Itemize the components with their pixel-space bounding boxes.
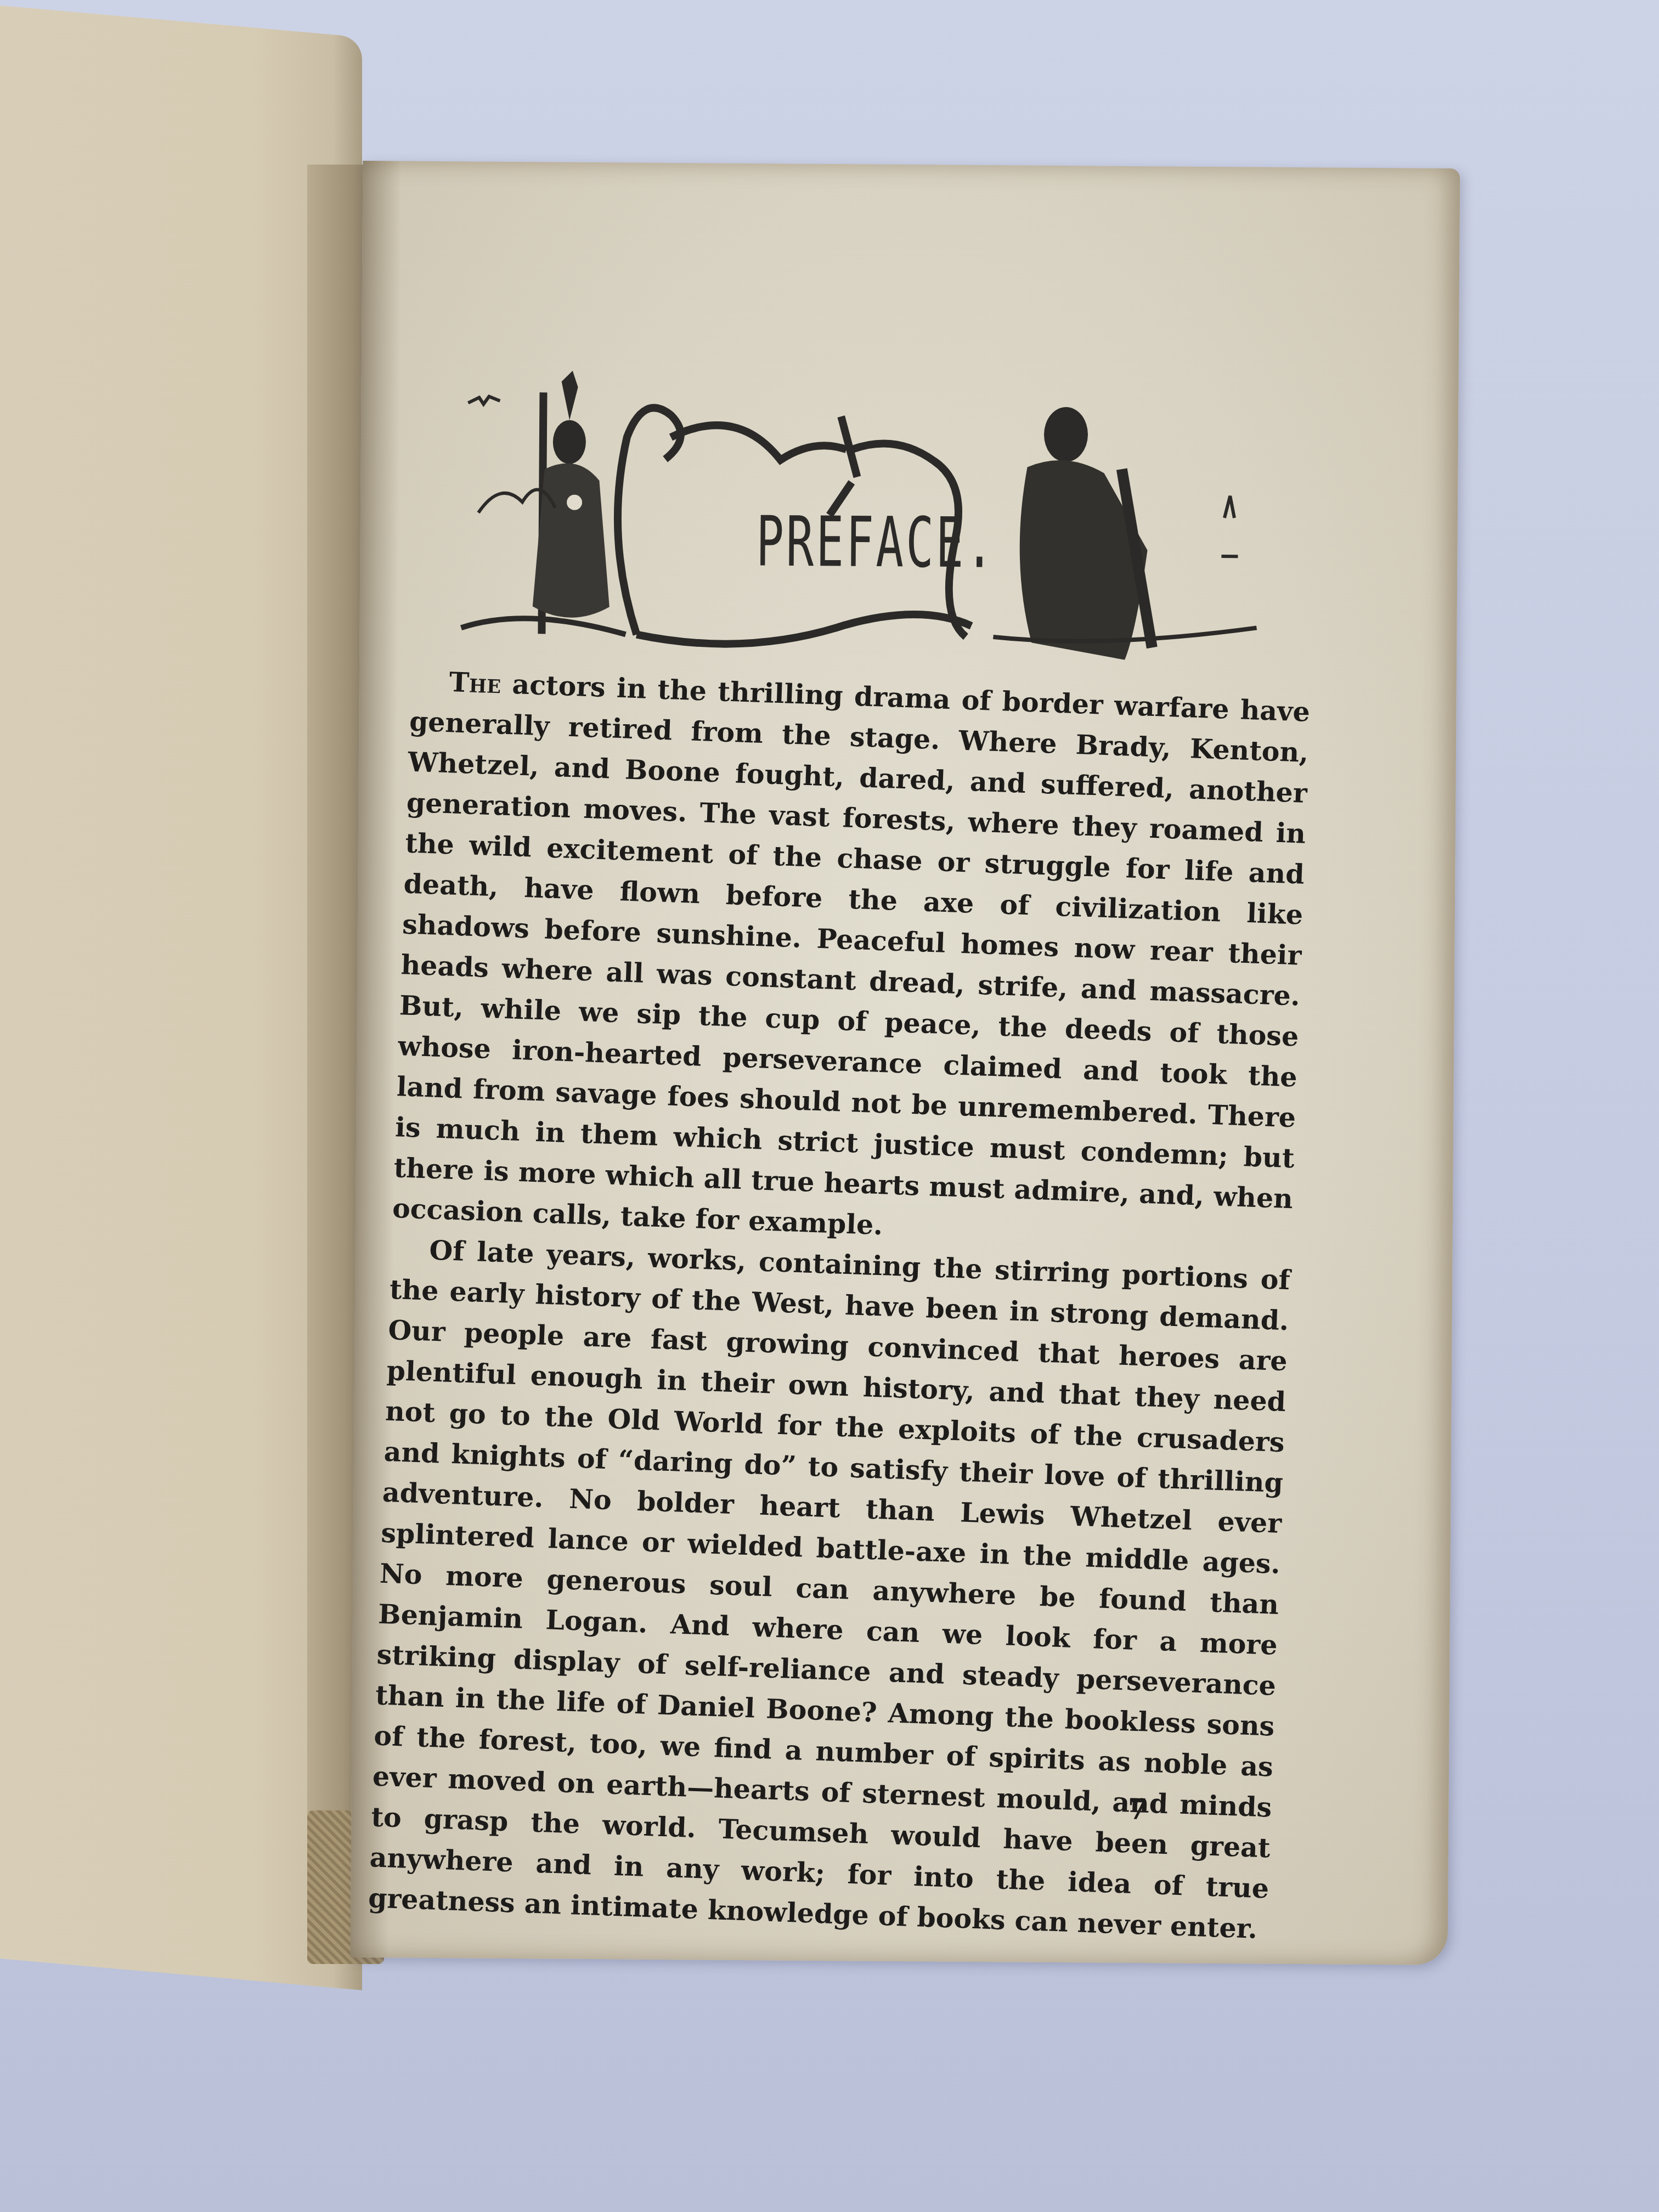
header-illustration: PREFACE. — [455, 370, 1297, 661]
drop-lead: The — [449, 666, 501, 699]
paragraph-1: The actors in the thrilling drama of bor… — [392, 661, 1311, 1260]
paragraph-2: Of late years, works, containing the sti… — [368, 1228, 1291, 1949]
preface-body: The actors in the thrilling drama of bor… — [368, 661, 1311, 1950]
paragraph-1-text: actors in the thrilling drama of border … — [392, 668, 1311, 1241]
paragraph-2-text: Of late years, works, containing the sti… — [368, 1234, 1290, 1945]
page-heading: PREFACE. — [456, 499, 1296, 586]
right-page: PREFACE. The actors in the thrilling dra… — [351, 161, 1460, 1965]
page-number: 7 — [1127, 1793, 1148, 1826]
